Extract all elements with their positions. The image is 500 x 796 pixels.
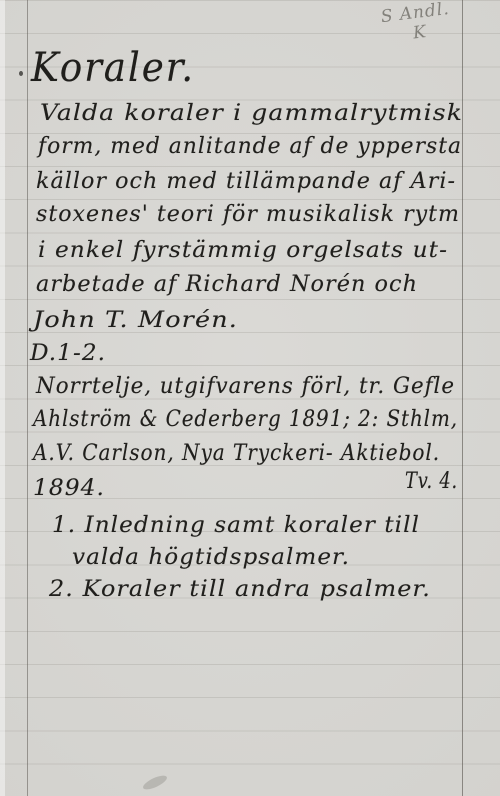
pencil-annotation: S Andl. K (380, 0, 453, 47)
imprint-year: 1894. (33, 478, 105, 500)
page-title: Koraler. (31, 48, 195, 88)
pencil-shelfmark-line2: K (412, 19, 453, 43)
description-line-1: Valda koraler i gammalrytmisk (40, 103, 463, 125)
pencil-smudge (141, 773, 168, 792)
description-line-5: i enkel fyrstämmig orgelsats ut- (38, 240, 448, 262)
imprint-line-3: A.V. Carlson, Nya Tryckeri- Aktiebol. (33, 443, 440, 465)
contents-line-3: 2. Koraler till andra psalmer. (49, 579, 431, 601)
ink-speck (19, 71, 23, 76)
manuscript-catalog-card: S Andl. K Koraler. Valda koraler i gamma… (0, 0, 500, 796)
description-line-4: stoxenes' teori för musikalisk rytm (36, 204, 460, 226)
scan-edge-highlight (0, 0, 5, 796)
contents-line-1: 1. Inledning samt koraler till (52, 515, 420, 537)
imprint-line-2: Ahlström & Cederberg 1891; 2: Sthlm, (33, 409, 458, 431)
imprint-line-1: Norrtelje, utgifvarens förl, tr. Gefle (36, 376, 455, 398)
description-line-3: källor och med tillämpande af Ari- (36, 171, 456, 193)
description-line-2: form, med anlitande af de yppersta (38, 136, 462, 158)
description-line-7: John T. Morén. (33, 310, 238, 332)
left-margin-line (27, 0, 28, 796)
format-designation: Tv. 4. (405, 471, 458, 493)
volume-designation: D.1-2. (30, 343, 106, 365)
description-line-6: arbetade af Richard Norén och (36, 274, 418, 296)
contents-line-2: valda högtidspsalmer. (72, 547, 350, 569)
